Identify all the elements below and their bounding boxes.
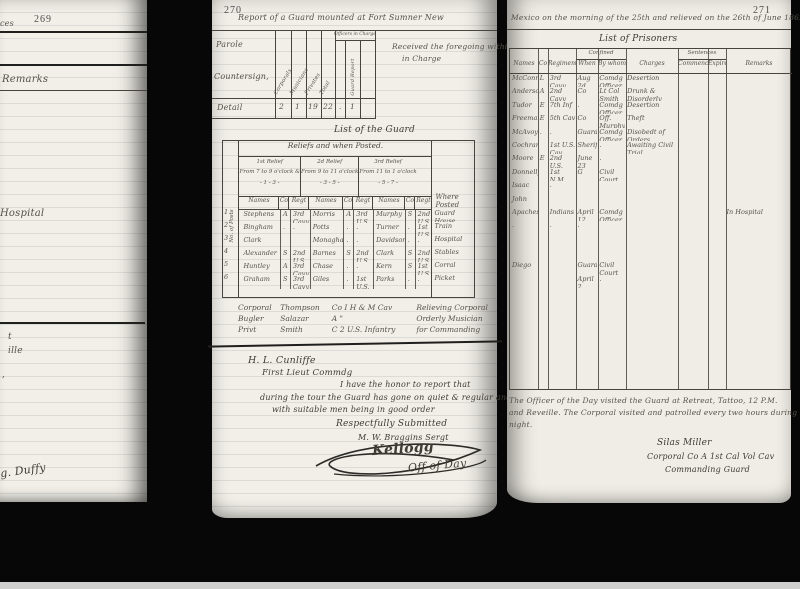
guard-regt-2: . bbox=[354, 223, 374, 236]
guard-commander-title: Commanding Guard bbox=[665, 465, 750, 474]
sentences-group-header: Sentences bbox=[678, 50, 726, 56]
page-270: 270 Report of a Guard mounted at Fort Su… bbox=[212, 0, 497, 518]
prisoner-when: Guard bbox=[576, 261, 598, 274]
detail-value: 1 bbox=[295, 102, 300, 111]
where-posted-value: Picket bbox=[432, 274, 474, 287]
guard-commander-rank: Corporal Co A 1st Cal Vol Cav bbox=[647, 452, 774, 461]
report-officer-name: H. L. Cunliffe bbox=[248, 355, 316, 366]
table-rule bbox=[345, 40, 346, 118]
guard-table-title: List of the Guard bbox=[334, 125, 415, 135]
prisoner-commence bbox=[677, 74, 707, 87]
relief-groups: 1st Relief From 7 to 9 o'clock & - 1 - 3… bbox=[239, 157, 431, 197]
prisoner-by-whom: . bbox=[597, 154, 625, 167]
prisoner-regiment: 1st U.S. Cav bbox=[548, 141, 576, 154]
table-rule bbox=[212, 98, 376, 99]
prisoner-commence bbox=[677, 128, 707, 141]
detail-value: 19 bbox=[308, 102, 318, 111]
staff-unit: Co I H & M Cav bbox=[332, 303, 417, 314]
where-posted-value: Hospital bbox=[432, 235, 474, 248]
relief-group: 1st Relief From 7 to 9 o'clock & - 1 - 3… bbox=[239, 157, 301, 196]
prisoner-when: Guard bbox=[576, 128, 598, 141]
guard-name-3: Parks bbox=[374, 275, 406, 288]
subheader-regt: Regt bbox=[289, 197, 309, 209]
prisoner-row bbox=[510, 248, 790, 261]
prisoner-row: Cochran 1st U.S. Cav Sheriff . Awaiting … bbox=[510, 141, 790, 154]
prisoner-co bbox=[538, 248, 548, 261]
guard-regt-1 bbox=[291, 236, 311, 249]
prisoner-regiment: 2nd Cavy bbox=[548, 87, 576, 100]
prisoner-when: . bbox=[576, 221, 598, 234]
guard-name-1: Huntley bbox=[241, 262, 281, 275]
prisoner-remarks bbox=[724, 235, 790, 248]
prisoner-charges bbox=[625, 248, 677, 261]
prisoner-regiment: . bbox=[548, 128, 576, 141]
subheader-names: Names bbox=[239, 197, 279, 209]
respectfully-submitted: Respectfully Submitted bbox=[336, 419, 447, 429]
guard-co-1: S bbox=[281, 275, 291, 288]
prisoner-co bbox=[538, 141, 548, 154]
prisoner-name: Tudor bbox=[510, 101, 538, 114]
prisoner-by-whom: Civil Court bbox=[597, 168, 625, 181]
prisoner-name: Moore bbox=[510, 154, 538, 167]
guard-name-2: Giles bbox=[311, 275, 345, 288]
prisoner-charges bbox=[625, 275, 677, 288]
officers-in-charge-header: Officers in Charge bbox=[333, 32, 377, 37]
prisoner-commence bbox=[677, 87, 707, 100]
post-number: 1 bbox=[224, 208, 228, 221]
header-co: Co bbox=[538, 60, 548, 73]
report-header-script-right: Mexico on the morning of the 25th and re… bbox=[511, 13, 787, 22]
where-posted-label: Where Posted bbox=[435, 193, 474, 209]
prisoner-co bbox=[538, 235, 548, 248]
prisoner-row bbox=[510, 235, 790, 248]
prisoner-remarks bbox=[724, 261, 790, 274]
prisoner-expire bbox=[707, 235, 725, 248]
subheader-names: Names bbox=[309, 197, 343, 209]
prisoner-when: April 2 bbox=[576, 275, 598, 288]
prisoner-co bbox=[538, 261, 548, 274]
guard-regt-2: 3rd U.S. Inf bbox=[354, 210, 374, 223]
guard-regt-1: 3rd Cavy bbox=[291, 275, 311, 288]
prisoner-regiment bbox=[548, 248, 576, 261]
prisoner-remarks bbox=[724, 114, 790, 127]
prisoner-row: Diego Guard Civil Court bbox=[510, 261, 790, 274]
prisoner-charges: Desertion bbox=[625, 101, 677, 114]
staff-row: Privt Smith C 2 U.S. Infantry for Comman… bbox=[238, 325, 488, 336]
table-rule bbox=[335, 40, 376, 41]
prisoner-remarks bbox=[724, 181, 790, 194]
prisoner-co bbox=[538, 195, 548, 208]
prisoner-co bbox=[538, 221, 548, 234]
relief-times2: - 1 - 3 - bbox=[239, 178, 300, 188]
prisoner-regiment: 1st N.M. Vols bbox=[548, 168, 576, 181]
where-posted-value: Train bbox=[432, 222, 474, 235]
subheader-co: Co bbox=[343, 197, 353, 209]
relief-name: 2d Relief bbox=[301, 157, 358, 167]
subheader-co: Co bbox=[279, 197, 289, 209]
prisoner-commence bbox=[677, 235, 707, 248]
subheader-regt: Regt bbox=[415, 197, 431, 209]
prisoner-by-whom: Comdg Officer bbox=[597, 74, 625, 87]
prisoner-name bbox=[510, 275, 538, 288]
prisoner-row: McAvoy . . Guard Comdg Officer Disobedt … bbox=[510, 128, 790, 141]
header-when: When bbox=[576, 60, 598, 73]
guard-commander-signature: Silas Miller bbox=[657, 438, 712, 448]
page-number-269: 269 bbox=[34, 14, 52, 25]
table-rule bbox=[212, 118, 376, 119]
prisoner-charges bbox=[625, 261, 677, 274]
prisoner-charges bbox=[625, 195, 677, 208]
guard-row: Stephens A 3rd Cavy Morris A 3rd U.S. In… bbox=[239, 210, 431, 223]
prisoner-name: John bbox=[510, 195, 538, 208]
prisoner-co: E bbox=[538, 114, 548, 127]
relief-group: 3rd Relief From 11 to 1 o'clock - 5 - 7 … bbox=[359, 157, 416, 196]
guard-name-1: Stephens bbox=[241, 210, 281, 223]
relief-name: 3rd Relief bbox=[359, 157, 416, 167]
prisoner-when bbox=[576, 195, 598, 208]
prisoner-commence bbox=[677, 248, 707, 261]
prisoner-expire bbox=[707, 261, 725, 274]
prisoner-by-whom bbox=[597, 181, 625, 194]
prisoner-expire bbox=[707, 208, 725, 221]
prisoner-commence bbox=[677, 208, 707, 221]
prisoner-remarks bbox=[724, 168, 790, 181]
subheader-co: Co bbox=[405, 197, 415, 209]
header-names: Names bbox=[510, 60, 538, 73]
edge-rule bbox=[0, 31, 147, 33]
prisoner-row: . . . bbox=[510, 221, 790, 234]
guard-co-2: . bbox=[344, 236, 354, 249]
prisoner-regiment bbox=[548, 195, 576, 208]
relief-times: From 7 to 9 o'clock & bbox=[239, 167, 300, 177]
header-commence: Commence bbox=[678, 60, 708, 73]
prisoner-row: Anderson A 2nd Cavy Co Lt Col Smith Drun… bbox=[510, 87, 790, 100]
guard-co-2: S bbox=[344, 249, 354, 262]
table-rule bbox=[275, 31, 276, 118]
guard-regt-1: 3rd Cavy bbox=[291, 210, 311, 223]
prisoner-regiment bbox=[548, 261, 576, 274]
prisoner-co: L bbox=[538, 74, 548, 87]
edge-fragment: Remarks bbox=[2, 74, 48, 85]
prisoner-by-whom: Civil Court bbox=[597, 261, 625, 274]
prisoner-expire bbox=[707, 154, 725, 167]
guard-regt-3: . bbox=[416, 236, 432, 249]
prisoner-row: Apaches Indians April 12 Comdg Officer I… bbox=[510, 208, 790, 221]
staff-name: Thompson bbox=[280, 303, 331, 314]
staff-unit: C 2 U.S. Infantry bbox=[332, 325, 417, 336]
prisoner-row: Moore E 2nd U.S. Cav June 23 . bbox=[510, 154, 790, 167]
guard-name-2: Potts bbox=[311, 223, 345, 236]
received-note-line2: in Charge bbox=[402, 54, 441, 63]
prisoner-expire bbox=[707, 195, 725, 208]
guard-regt-3: 1st U.S. Cav bbox=[416, 262, 432, 275]
guard-co-3: S bbox=[406, 249, 416, 262]
parole-label: Parole bbox=[216, 40, 243, 49]
guard-co-3: . bbox=[406, 236, 416, 249]
guard-co-1: A bbox=[281, 262, 291, 275]
prisoner-regiment: . bbox=[548, 221, 576, 234]
prisoner-when: Sheriff bbox=[576, 141, 598, 154]
prisoner-name: McAvoy bbox=[510, 128, 538, 141]
prisoner-name: McConnell bbox=[510, 74, 538, 87]
prisoner-remarks bbox=[724, 154, 790, 167]
guard-regt-2: 1st U.S. Cav bbox=[354, 275, 374, 288]
prisoner-commence bbox=[677, 261, 707, 274]
guard-co-3: S bbox=[406, 210, 416, 223]
guard-co-3: S bbox=[406, 262, 416, 275]
prisoner-co bbox=[538, 181, 548, 194]
relief-times2: - 5 - 7 - bbox=[359, 178, 416, 188]
prisoner-co: E bbox=[538, 154, 548, 167]
prisoner-regiment: 7th Inf bbox=[548, 101, 576, 114]
prisoner-regiment: 3rd Cavy bbox=[548, 74, 576, 87]
prisoner-name: Freeman bbox=[510, 114, 538, 127]
guard-table: No. of Posts Reliefs and when Posted. 1s… bbox=[222, 140, 475, 298]
guard-co-2: . bbox=[344, 262, 354, 275]
prisoner-when: Co bbox=[576, 87, 598, 100]
header-charges: Charges bbox=[626, 60, 678, 73]
prisoner-charges bbox=[625, 208, 677, 221]
prisoner-when: Aug 2d bbox=[576, 74, 598, 87]
prisoner-name: . bbox=[510, 221, 538, 234]
staff-duty: Relieving Corporal bbox=[416, 303, 488, 314]
post-number: 5 bbox=[224, 260, 228, 273]
prisoner-remarks bbox=[724, 74, 790, 87]
prisoner-remarks bbox=[724, 195, 790, 208]
prisoner-charges bbox=[625, 181, 677, 194]
edge-fragment: t bbox=[8, 332, 12, 342]
guard-regt-2: 2nd U.S. Inf bbox=[354, 249, 374, 262]
header-remarks: Remarks bbox=[726, 60, 792, 73]
guard-row: Bingham . . Potts . . Turner . 1st U.S. … bbox=[239, 223, 431, 236]
guard-row: Graham S 3rd Cavy Giles . 1st U.S. Cav P… bbox=[239, 275, 431, 288]
edge-rule bbox=[0, 90, 147, 91]
guard-name-2: Chase bbox=[311, 262, 345, 275]
guard-row: Alexander S 2nd U.S. Inf Barnes S 2nd U.… bbox=[239, 249, 431, 262]
page-271: 271 Mexico on the morning of the 25th an… bbox=[507, 0, 791, 503]
table-rule bbox=[375, 31, 376, 118]
prisoner-when: . bbox=[576, 101, 598, 114]
guard-co-2: . bbox=[344, 275, 354, 288]
prisoner-regiment: 5th Cav bbox=[548, 114, 576, 127]
staff-rank: Privt bbox=[238, 325, 280, 336]
guard-name-3: Clark bbox=[374, 249, 406, 262]
detail-value: 22 bbox=[323, 102, 333, 111]
prisoner-when bbox=[576, 181, 598, 194]
prisoner-co bbox=[538, 275, 548, 288]
prisoner-remarks: In Hospital bbox=[724, 208, 790, 221]
prisoner-remarks bbox=[724, 275, 790, 288]
edge-signature-fragment: g. Duffy bbox=[0, 461, 47, 480]
guard-regt-2: . bbox=[354, 262, 374, 275]
prisoners-table: Confined Sentences Names Co Regiment Whe… bbox=[509, 48, 791, 390]
prisoner-co: A bbox=[538, 87, 548, 100]
guard-regt-1: 3rd Cavy bbox=[291, 262, 311, 275]
header-regiment: Regiment bbox=[548, 60, 576, 73]
page-269-edge: 269 ces Remarks Hospital t ille , g. Duf… bbox=[0, 0, 147, 502]
where-posted-value: Stables bbox=[432, 248, 474, 261]
guard-regt-1: 2nd U.S. Inf bbox=[291, 249, 311, 262]
prisoner-remarks bbox=[724, 128, 790, 141]
prisoner-commence bbox=[677, 141, 707, 154]
report-officer-rank: First Lieut Commdg bbox=[262, 368, 352, 378]
prisoner-name: Diego bbox=[510, 261, 538, 274]
prisoner-name bbox=[510, 248, 538, 261]
guard-row: Huntley A 3rd Cavy Chase . . Kern S 1st … bbox=[239, 262, 431, 275]
prisoner-row: McConnell L 3rd Cavy Aug 2d Comdg Office… bbox=[510, 74, 790, 87]
relief-times2: - 3 - 5 - bbox=[301, 178, 358, 188]
prisoner-charges bbox=[625, 235, 677, 248]
guard-co-3: . bbox=[406, 275, 416, 288]
prisoner-row: Tudor E 7th Inf . Comdg Officer Desertio… bbox=[510, 101, 790, 114]
prisoner-remarks bbox=[724, 141, 790, 154]
prisoner-name: Donnelly bbox=[510, 168, 538, 181]
prisoner-expire bbox=[707, 168, 725, 181]
prisoner-expire bbox=[707, 141, 725, 154]
guard-co-2: . bbox=[344, 223, 354, 236]
prisoner-by-whom bbox=[597, 248, 625, 261]
table-rule bbox=[360, 40, 361, 118]
footer-line: night. bbox=[509, 420, 532, 429]
prisoner-co: E bbox=[538, 101, 548, 114]
prisoner-charges bbox=[625, 168, 677, 181]
prisoner-charges: Awaiting Civil Trial bbox=[625, 141, 677, 154]
guard-name-1: Graham bbox=[241, 275, 281, 288]
edge-fragment: Hospital bbox=[0, 208, 44, 219]
staff-name: Salazar bbox=[280, 314, 331, 325]
guard-regt-2: . bbox=[354, 236, 374, 249]
prisoner-charges bbox=[625, 154, 677, 167]
footer-line: and Reveille. The Corporal visited and p… bbox=[509, 408, 800, 417]
scanner-edge-strip bbox=[0, 582, 800, 589]
prisoner-expire bbox=[707, 87, 725, 100]
prisoner-when bbox=[576, 248, 598, 261]
prisoner-remarks bbox=[724, 101, 790, 114]
reliefs-header: Reliefs and when Posted. bbox=[239, 141, 431, 157]
relief-times: From 11 to 1 o'clock bbox=[359, 167, 416, 177]
report-header-script-left: Report of a Guard mounted at Fort Sumner… bbox=[238, 13, 498, 22]
header-rule bbox=[507, 29, 791, 30]
prisoner-charges bbox=[625, 221, 677, 234]
prisoner-co: . bbox=[538, 128, 548, 141]
prisoner-commence bbox=[677, 181, 707, 194]
staff-lines: Corporal Thompson Co I H & M Cav Relievi… bbox=[238, 303, 488, 336]
posts-column-label: No. of Posts bbox=[229, 199, 235, 253]
prisoner-commence bbox=[677, 275, 707, 288]
staff-rank: Bugler bbox=[238, 314, 280, 325]
guard-report-column: Guard Report bbox=[350, 58, 356, 96]
guard-name-3: Murphy bbox=[374, 210, 406, 223]
prisoner-commence bbox=[677, 154, 707, 167]
staff-duty: for Commanding bbox=[416, 325, 488, 336]
prisoner-by-whom: Off. Murphy bbox=[597, 114, 625, 127]
prisoner-commence bbox=[677, 195, 707, 208]
guard-co-1 bbox=[281, 236, 291, 249]
prisoner-row: Donnelly 1st N.M. Vols G Civil Court bbox=[510, 168, 790, 181]
staff-unit: A " bbox=[332, 314, 417, 325]
received-note-line1: Received the foregoing within bbox=[392, 42, 512, 51]
prisoner-commence bbox=[677, 101, 707, 114]
detail-label: Detail bbox=[217, 103, 242, 112]
edge-fragment: ille bbox=[8, 346, 23, 356]
post-number: 2 bbox=[224, 221, 228, 234]
prisoner-expire bbox=[707, 74, 725, 87]
prisoner-expire bbox=[707, 275, 725, 288]
guard-name-1: Clark bbox=[241, 236, 281, 249]
guard-name-2: Barnes bbox=[311, 249, 345, 262]
report-line: I have the honor to report that bbox=[340, 380, 471, 389]
ledger-scan: 269 ces Remarks Hospital t ille , g. Duf… bbox=[0, 0, 800, 589]
prisoner-by-whom bbox=[597, 195, 625, 208]
guard-rows: Stephens A 3rd Cavy Morris A 3rd U.S. In… bbox=[239, 210, 431, 297]
header-by-whom: By whom bbox=[598, 60, 626, 73]
prisoner-by-whom: . bbox=[597, 141, 625, 154]
post-number: 3 bbox=[224, 234, 228, 247]
edge-rule bbox=[0, 64, 147, 66]
where-posted-values: Guard HouseTrainHospitalStablesCorralPic… bbox=[432, 209, 474, 288]
header-expire: Expire bbox=[708, 60, 726, 73]
prisoner-remarks bbox=[724, 221, 790, 234]
prisoner-by-whom: . bbox=[597, 275, 625, 288]
post-number: 6 bbox=[224, 273, 228, 286]
prisoner-remarks bbox=[724, 87, 790, 100]
prisoner-commence bbox=[677, 168, 707, 181]
where-posted-column: Where Posted Guard HouseTrainHospitalSta… bbox=[431, 141, 474, 297]
prisoner-regiment bbox=[548, 275, 576, 288]
detail-value: 2 bbox=[279, 102, 284, 111]
prisoner-row: Isaac . bbox=[510, 181, 790, 194]
guard-name-3: Turner bbox=[374, 223, 406, 236]
prisoners-table-title: List of Prisoners bbox=[599, 34, 677, 44]
guard-co-3: . bbox=[406, 223, 416, 236]
prisoners-headers: Names Co Regiment When By whom Charges C… bbox=[510, 60, 792, 73]
prisoner-when: April 12 bbox=[576, 208, 598, 221]
prisoner-expire bbox=[707, 221, 725, 234]
guard-regt-3: 1st U.S. Cav bbox=[416, 223, 432, 236]
prisoner-when: Co bbox=[576, 114, 598, 127]
prisoner-expire bbox=[707, 181, 725, 194]
prisoner-expire bbox=[707, 101, 725, 114]
prisoner-name: Anderson bbox=[510, 87, 538, 100]
guard-row: Clark Monaghan . . Davidson . . bbox=[239, 236, 431, 249]
guard-co-2: A bbox=[344, 210, 354, 223]
staff-row: Corporal Thompson Co I H & M Cav Relievi… bbox=[238, 303, 488, 314]
relief-name: 1st Relief bbox=[239, 157, 300, 167]
detail-value: . bbox=[339, 102, 342, 111]
prisoner-charges: Theft bbox=[625, 114, 677, 127]
prisoner-name bbox=[510, 235, 538, 248]
prisoner-by-whom: Comdg Officer bbox=[597, 101, 625, 114]
prisoner-commence bbox=[677, 114, 707, 127]
guard-name-3: Kern bbox=[374, 262, 406, 275]
guard-co-1: S bbox=[281, 249, 291, 262]
guard-subheaders: Names Co Regt Names Co Regt Names Co Reg… bbox=[239, 197, 431, 210]
prisoner-commence bbox=[677, 221, 707, 234]
detail-value: 1 bbox=[350, 102, 355, 111]
guard-name-2: Monaghan bbox=[311, 236, 345, 249]
prisoner-expire bbox=[707, 248, 725, 261]
prisoner-regiment bbox=[548, 235, 576, 248]
staff-rank: Corporal bbox=[238, 303, 280, 314]
guard-regt-3: 2nd U.S. Inf bbox=[416, 210, 432, 223]
prisoner-charges: Disobedt of Orders bbox=[625, 128, 677, 141]
guard-name-2: Morris bbox=[311, 210, 345, 223]
prisoner-row: John bbox=[510, 195, 790, 208]
prisoner-regiment: 2nd U.S. Cav bbox=[548, 154, 576, 167]
prisoner-remarks bbox=[724, 248, 790, 261]
prisoner-expire bbox=[707, 114, 725, 127]
post-number: 4 bbox=[224, 247, 228, 260]
